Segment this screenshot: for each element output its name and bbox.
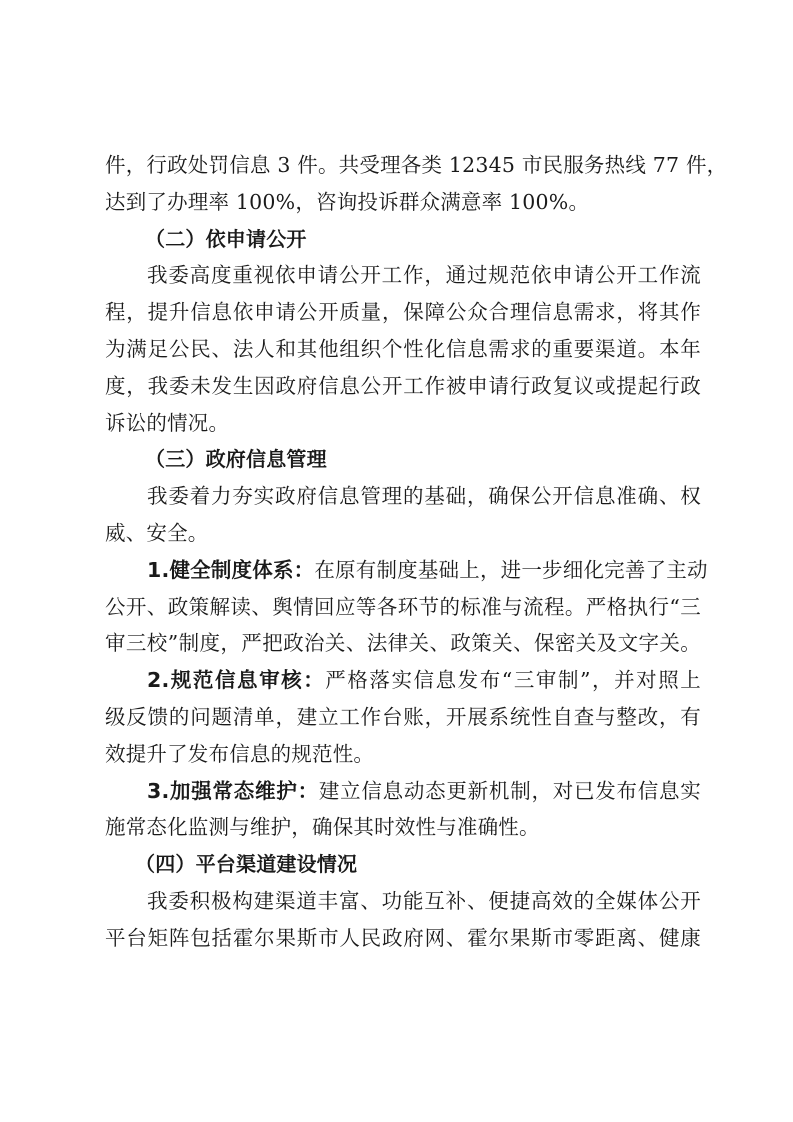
item-text: 在原有制度基础上，进一步细化完善了主动 (314, 558, 707, 582)
document-page: 件，行政处罚信息 3 件。共受理各类 12345 市民服务热线 77 件， 达到… (105, 147, 701, 957)
body-text-line: 我委着力夯实政府信息管理的基础，确保公开信息准确、权 (105, 478, 701, 515)
section-heading: （四）平台渠道建设情况 (105, 846, 701, 883)
item-lead: 3.加强常态维护： (147, 779, 319, 803)
body-text-line: 为满足公民、法人和其他组织个性化信息需求的重要渠道。本年 (105, 331, 701, 368)
body-text-line: 审三校”制度，严把政治关、法律关、政策关、保密关及文字关。 (105, 625, 701, 662)
item-text: 严格落实信息发布“三审制”，并对照上 (325, 668, 701, 692)
body-text-line: 级反馈的问题清单，建立工作台账，开展系统性自查与整改，有 (105, 699, 701, 736)
body-text-line: 程，提升信息依申请公开质量，保障公众合理信息需求，将其作 (105, 294, 701, 331)
body-text-line: 诉讼的情况。 (105, 405, 701, 442)
body-text-line: 我委积极构建渠道丰富、功能互补、便捷高效的全媒体公开 (105, 883, 701, 920)
numbered-item-line: 1.健全制度体系：在原有制度基础上，进一步细化完善了主动 (105, 552, 701, 589)
item-lead: 2.规范信息审核： (147, 668, 325, 692)
numbered-item-line: 2.规范信息审核：严格落实信息发布“三审制”，并对照上 (105, 662, 701, 699)
body-text-line: 施常态化监测与维护，确保其时效性与准确性。 (105, 809, 701, 846)
body-text-line: 平台矩阵包括霍尔果斯市人民政府网、霍尔果斯市零距离、健康 (105, 920, 701, 957)
body-text-line: 威、安全。 (105, 515, 701, 552)
body-text-line: 件，行政处罚信息 3 件。共受理各类 12345 市民服务热线 77 件， (105, 147, 701, 184)
item-lead: 1.健全制度体系： (147, 558, 314, 582)
body-text-line: 达到了办理率 100%，咨询投诉群众满意率 100%。 (105, 184, 701, 221)
numbered-item-line: 3.加强常态维护：建立信息动态更新机制，对已发布信息实 (105, 773, 701, 810)
item-text: 建立信息动态更新机制，对已发布信息实 (319, 779, 701, 803)
body-text-line: 效提升了发布信息的规范性。 (105, 736, 701, 773)
section-heading: （三）政府信息管理 (105, 441, 701, 478)
section-heading: （二）依申请公开 (105, 221, 701, 258)
body-text-line: 度，我委未发生因政府信息公开工作被申请行政复议或提起行政 (105, 368, 701, 405)
body-text-line: 公开、政策解读、舆情回应等各环节的标准与流程。严格执行“三 (105, 589, 701, 626)
body-text-line: 我委高度重视依申请公开工作，通过规范依申请公开工作流 (105, 257, 701, 294)
